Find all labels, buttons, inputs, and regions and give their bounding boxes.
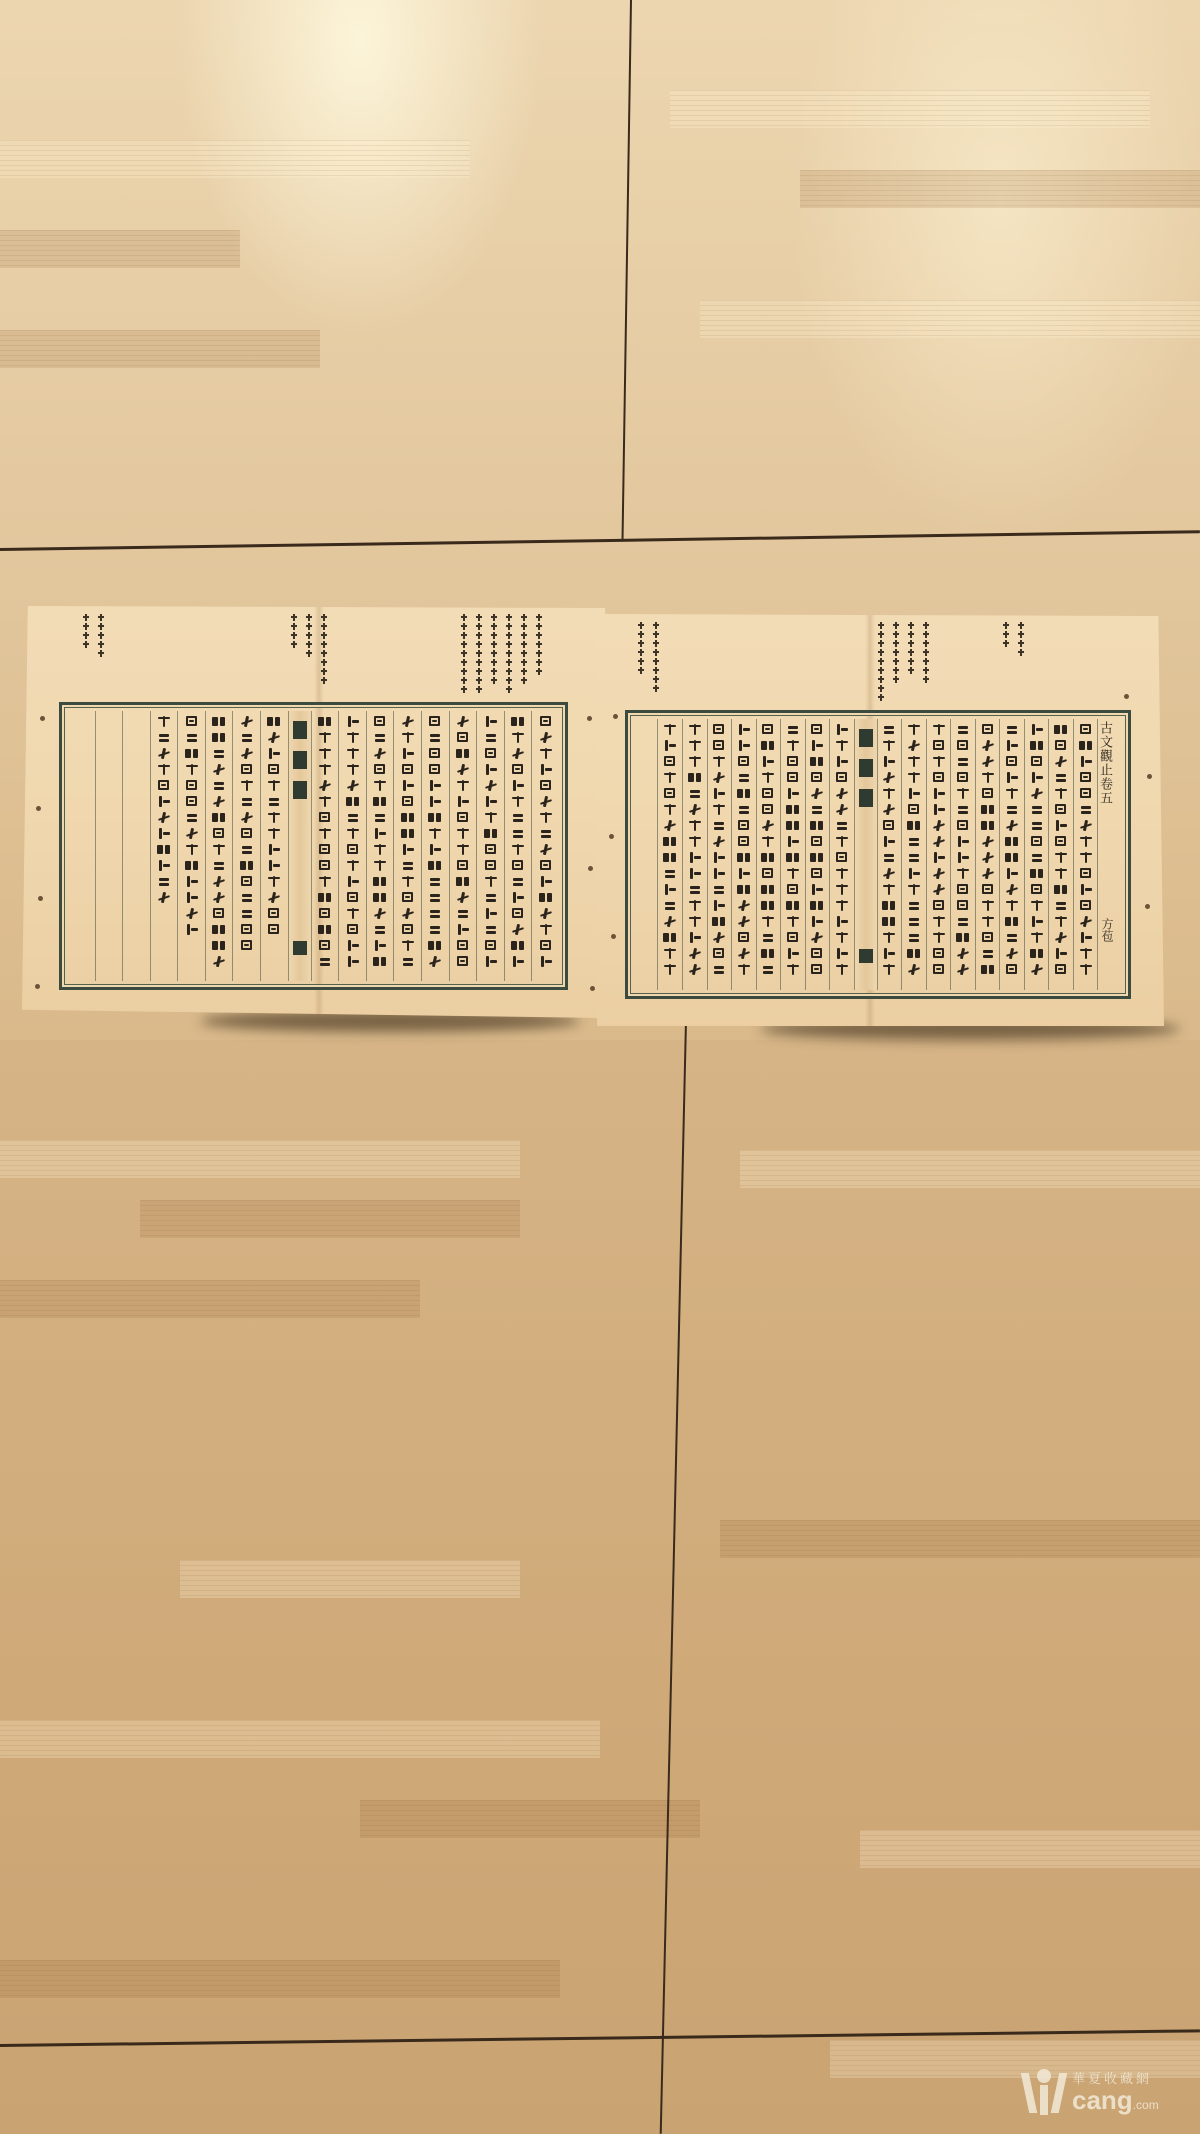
floor-plank (0, 1960, 560, 1998)
center-spine-column (854, 719, 877, 990)
cang-logo-icon (1022, 2067, 1066, 2119)
book-page-right: 古文觀止卷五 方苞 (597, 614, 1164, 1026)
upper-margin-annotations (82, 614, 106, 657)
floor-plank (0, 140, 470, 178)
text-column (531, 711, 559, 981)
annotation-column (320, 614, 329, 684)
text-columns (68, 711, 559, 981)
floor-plank (0, 230, 240, 268)
spine-block-mark (859, 759, 873, 777)
text-column (177, 711, 205, 981)
upper-margin-annotations (460, 614, 544, 693)
wooden-floor (0, 0, 1200, 2134)
binding-hole (35, 984, 40, 989)
floor-plank (800, 170, 1200, 208)
binding-hole (587, 716, 592, 721)
annotation-column (520, 614, 529, 693)
upper-margin-annotations (637, 622, 661, 692)
text-column (449, 711, 477, 981)
floor-plank (0, 1720, 600, 1758)
annotation-column (82, 614, 91, 657)
text-column (829, 719, 854, 990)
book-page-left (22, 606, 605, 1018)
spine-block-mark (293, 721, 307, 739)
text-column (1073, 719, 1098, 990)
center-spine-column (288, 711, 311, 981)
binding-hole (590, 986, 595, 991)
text-column (707, 719, 732, 990)
annotation-column (907, 622, 916, 701)
binding-hole (1124, 694, 1129, 699)
text-column (805, 719, 830, 990)
text-column (657, 719, 682, 990)
annotation-column (97, 614, 106, 657)
annotation-column (637, 622, 646, 692)
annotation-column (290, 614, 299, 684)
annotation-column (1017, 622, 1026, 656)
text-column (338, 711, 366, 981)
text-column (1024, 719, 1049, 990)
annotation-column (652, 622, 661, 692)
text-column (311, 711, 339, 981)
printed-text-frame (59, 702, 568, 990)
annotation-column (877, 622, 886, 701)
binding-hole (611, 934, 616, 939)
text-column (366, 711, 394, 981)
floor-plank (140, 1200, 520, 1238)
binding-hole (1145, 904, 1150, 909)
text-column (756, 719, 781, 990)
text-column (682, 719, 707, 990)
upper-margin-annotations (290, 614, 329, 684)
floor-plank (0, 1140, 520, 1178)
text-column (95, 711, 123, 981)
binding-hole (36, 806, 41, 811)
text-column (950, 719, 975, 990)
floor-plank (670, 90, 1150, 128)
binding-hole (613, 714, 618, 719)
floor-plank (860, 1830, 1200, 1868)
printed-text-frame: 古文觀止卷五 方苞 (625, 710, 1131, 999)
text-column (901, 719, 926, 990)
floor-plank (0, 330, 320, 368)
annotation-column (1002, 622, 1011, 656)
annotation-column (535, 614, 544, 693)
spine-block-mark (293, 781, 307, 799)
floor-plank (700, 300, 1200, 338)
floor-plank (180, 1560, 520, 1598)
text-column (68, 711, 95, 981)
text-column (421, 711, 449, 981)
text-column (634, 719, 658, 990)
text-columns (634, 719, 1122, 990)
annotation-column (505, 614, 514, 693)
binding-hole (588, 866, 593, 871)
floor-plank (0, 1280, 420, 1318)
spine-block-mark (293, 941, 307, 955)
text-column (975, 719, 1000, 990)
spine-block-mark (859, 789, 873, 807)
binding-hole (38, 896, 43, 901)
annotation-column (490, 614, 499, 693)
annotation-column (305, 614, 314, 684)
chapter-heading: 古文觀止卷五 (1095, 721, 1114, 805)
watermark-domain-text: cang.com (1072, 2087, 1159, 2118)
floor-plank (740, 1150, 1200, 1188)
text-column (780, 719, 805, 990)
text-column (122, 711, 150, 981)
binding-hole (40, 716, 45, 721)
floor-plank (360, 1800, 700, 1838)
spine-block-mark (859, 949, 873, 963)
text-column (877, 719, 902, 990)
text-column (504, 711, 532, 981)
binding-hole (1147, 774, 1152, 779)
floor-plank (720, 1520, 1200, 1558)
upper-margin-annotations (1002, 622, 1026, 656)
text-column (999, 719, 1024, 990)
author-mark: 方苞 (1099, 918, 1116, 942)
annotation-column (922, 622, 931, 701)
text-column (260, 711, 288, 981)
text-column (476, 711, 504, 981)
annotation-column (475, 614, 484, 693)
upper-margin-annotations (877, 622, 931, 701)
binding-hole (609, 834, 614, 839)
annotation-column (460, 614, 469, 693)
text-column (1048, 719, 1073, 990)
annotation-column (892, 622, 901, 701)
text-column (731, 719, 756, 990)
text-column (232, 711, 260, 981)
spine-block-mark (293, 751, 307, 769)
text-column (205, 711, 233, 981)
text-column (393, 711, 421, 981)
text-column (150, 711, 178, 981)
site-watermark: 華夏收藏網 cang.com (1022, 2062, 1192, 2124)
spine-block-mark (859, 729, 873, 747)
text-column (926, 719, 951, 990)
